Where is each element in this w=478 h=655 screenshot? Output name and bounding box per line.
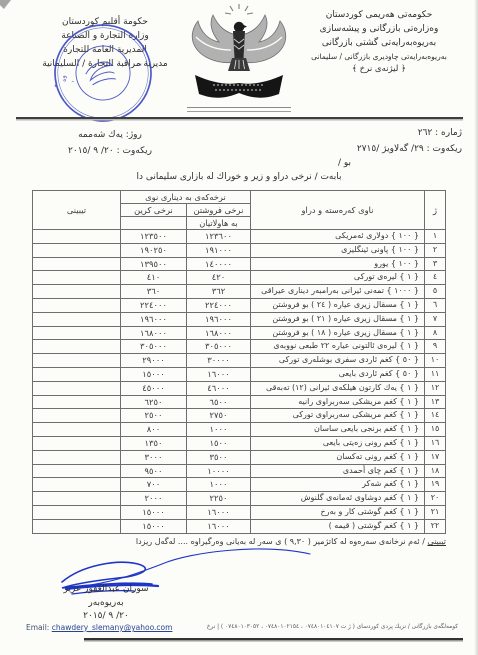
table-row: ٦{ ١ } مسقال زیری عیاره‌ ( ٢٤ ) بو فروشت… [33,298,446,312]
cell-note [33,436,121,450]
cell-sell: ١٩٦٠٠٠ [187,312,251,326]
cell-name: { ١ } كغم شه‌كر [251,478,425,492]
table-row: ٢١{ ١ } كغم گوشتی كار و به‌رخ١٦٠٠٠١٥٠٠٠ [33,505,446,519]
cell-note [33,230,121,244]
cell-name: { ١ } مسقال زیری عیاره‌ ( ٢١ ) بو فروشتن [251,312,425,326]
table-row: ١٣{ ١ } كغم مریشكی سه‌ربراوی رانیه‌٦٥٠٠٦… [33,395,446,409]
cell-name: { ١ } كغم برنجی بایعی ساسان [251,423,425,437]
cell-name: { ١ } كغم مریشكی سه‌ربراوی توركی [251,409,425,423]
cell-no: ١٦ [425,436,446,450]
cell-name: { ١ } كغم چای أحمدی [251,464,425,478]
col-header-price-group: نرخه‌كه‌ی به‌ دیناری نوی [121,191,251,204]
cell-note [33,409,121,423]
cell-sell: ١٠٠٠ [187,423,251,437]
cell-sell: ٤٦٠٠٠ [187,381,251,395]
cell-sell: ١٩١٠٠٠ [187,243,251,257]
cell-buy: ٤٥٠٠٠ [121,381,187,395]
svg-text:٭: ٭ [53,81,59,90]
cell-no: ٦ [425,298,446,312]
doc-date-gregorian: ریكه‌وت : ٢٠/ ٩ /٢٠١٥ [34,144,186,160]
col-header-buy-sub [121,217,187,230]
table-row: ١٤{ ١ } كغم مریشكی سه‌ربراوی توركی٢٧٥٠٢٥… [33,409,446,423]
cell-name: { ١ } مسقال زیری عیاره‌ ( ٢٤ ) بو فروشتن [251,298,425,312]
footer-contact-line: كومه‌لگه‌ی بازرگانی / نزیك پردی كوردسای … [207,624,458,630]
cell-note [33,519,121,533]
table-row: ١٦{ ١ } كغم رونی زه‌یتی بایعی١٥٠٠١٣٥٠ [33,436,446,450]
cell-no: ٩ [425,340,446,354]
cell-sell: ٣٠٠٠٠ [187,354,251,368]
cell-name: { ١٠٠٠ } تمه‌نی ئیرانی به‌رامبه‌ر دیناری… [251,285,425,299]
cell-name: { ١٠٠ } یورو [251,257,425,271]
to-line: بو / [338,158,351,168]
table-row: ١٠{ ٥٠ } كغم ئاردی سفری بوشله‌ری توركی٣٠… [33,354,446,368]
cell-buy: ٢٢٤٠٠٠ [121,298,187,312]
table-row: ٧{ ١ } مسقال زیری عیاره‌ ( ٢١ ) بو فروشت… [33,312,446,326]
table-row: ٤{ ١ } لیره‌ی توركی٤٢٠٤١٠ [33,271,446,285]
cell-buy: ١٥٠٠٠ [121,519,187,533]
col-header-sell: نرخی فروشتن [187,204,251,217]
meta-day-date: روژ: یه‌ك شه‌ممه ریكه‌وت : ٢٠/ ٩ /٢٠١٥ [34,128,186,160]
svg-text:٭: ٭ [137,60,143,69]
official-round-stamp: وه‌زاره‌تی بازرگانی و پیشه‌سازی به‌ریوه‌… [50,20,156,126]
table-row: ١٥{ ١ } كغم برنجی بایعی ساسان١٠٠٠٨٠٠ [33,423,446,437]
cell-name: { ١ } لیره‌ی ئالتونی عیاره‌ ٢٢ طبعی نووب… [251,340,425,354]
meta-number-date: ژماره : ٢٦٢ ریكه‌وت : ٢٩/ گه‌لاویژ /٢٧١٥ [276,126,462,158]
letterhead-line: وه‌زاره‌تی بازرگانی و پیشه‌سازی [288,23,470,37]
col-header-notes: تیبینی [33,191,121,230]
cell-note [33,423,121,437]
cell-buy: ٢٩٠٠٠ [121,354,187,368]
scan-artifact [0,0,11,9]
doc-date-kurdish: ریكه‌وت : ٢٩/ گه‌لاویژ /٢٧١٥ [276,142,462,158]
cell-sell: ١٠٠٠٠ [187,464,251,478]
cell-name: { ٥٠ } كغم ئاردی سفری بوشله‌ری توركی [251,354,425,368]
letterhead-line: به‌ریوه‌به‌رایه‌تی گشتی بازرگانی [288,37,470,51]
cell-note [33,478,121,492]
col-header-buy: نرخی كرین [121,204,187,217]
cell-name: { ٥٠ } كغم ئاردی بایعی [251,367,425,381]
table-row: ١٧{ ١ } كغم رونی ته‌كسان٣٥٠٠٣٠٠٠ [33,450,446,464]
cell-sell: ٦٥٠٠ [187,395,251,409]
col-header-no: ژ [425,191,446,230]
cell-note [33,450,121,464]
cell-no: ١١ [425,367,446,381]
cell-buy: ٨٠٠ [121,423,187,437]
cell-note [33,326,121,340]
page-edge-shade [474,0,478,655]
kurdistan-eagle-emblem-icon [183,2,295,106]
email-link[interactable]: chawdery_slemany@yahoo.com [52,623,173,632]
cell-note [33,367,121,381]
cell-note [33,354,121,368]
cell-sell: ١٦٨٠٠٠ [187,326,251,340]
cell-sell: ٣٠٥٠٠٠ [187,340,251,354]
cell-buy: ١٥٠٠٠ [121,367,187,381]
cell-no: ١ [425,230,446,244]
col-header-sell-sub: به‌ هاولاتیان [187,217,251,230]
cell-buy: ٣٦٠ [121,285,187,299]
table-row: ٨{ ١ } مسقال زیری عیاره‌ ( ١٨ ) بو فروشت… [33,326,446,340]
footnote-label: تیبینی [427,537,446,546]
cell-name: { ١ } كغم گوشتی كار و به‌رخ [251,505,425,519]
cell-buy: ١٣٩٥٠٠ [121,257,187,271]
doc-day: روژ: یه‌ك شه‌ممه [34,128,186,144]
cell-buy: ١٩٦٠٠٠ [121,312,187,326]
signatory-name: سوران عبدالغفور عزیز [30,583,182,597]
cell-no: ٢١ [425,505,446,519]
footnote-text: / ئه‌م نرخانه‌ی سه‌ره‌وه‌ له‌ كاتژمیر ( … [136,537,425,546]
table-row: ١٩{ ١ } كغم شه‌كر١٠٠٠٧٠٠ [33,478,446,492]
cell-name: { ١ } كغم رونی زه‌یتی بایعی [251,436,425,450]
cell-note [33,492,121,506]
cell-no: ١٥ [425,423,446,437]
letterhead-line: به‌ریوه‌به‌رایه‌تی چاودیری بازرگانی / سل… [288,51,470,63]
cell-name: { ١٠٠ } پاونی ئینگلیزی [251,243,425,257]
signature-date: ٢٠/ ٩ /٢٠١٥ [30,610,182,624]
table-row: ٩{ ١ } لیره‌ی ئالتونی عیاره‌ ٢٢ طبعی نوو… [33,340,446,354]
cell-sell: ٢٧٥٠ [187,409,251,423]
table-row: ٥{ ١٠٠٠ } تمه‌نی ئیرانی به‌رامبه‌ر دینار… [33,285,446,299]
table-row: ٣{ ١٠٠ } یورو١٤٠٠٠٠١٣٩٥٠٠ [33,257,446,271]
cell-note [33,285,121,299]
price-table-header: ژ ناوی كه‌ره‌سته‌ و دراو نرخه‌كه‌ی به‌ د… [33,191,446,230]
emblem-underline [187,107,291,112]
cell-name: { ١ } كغم رونی ته‌كسان [251,450,425,464]
cell-sell: ١٥٠٠ [187,436,251,450]
cell-name: { ١ } كغم گوشتی ( قیمه‌ ) [251,519,425,533]
cell-name: { ١ } كغم مریشكی سه‌ربراوی رانیه‌ [251,395,425,409]
scanned-price-list-document: حكومه‌تی هه‌ریمی كوردستانوه‌زاره‌تی بازر… [0,0,478,655]
cell-note [33,257,121,271]
cell-note [33,505,121,519]
cell-sell: ٣٥٠٠ [187,450,251,464]
cell-note [33,298,121,312]
cell-buy: ٣٠٠٠ [121,450,187,464]
cell-no: ٢٢ [425,519,446,533]
doc-number: ژماره : ٢٦٢ [276,126,462,142]
cell-no: ٢٠ [425,492,446,506]
cell-no: ٣ [425,257,446,271]
letterhead-kurdish: حكومه‌تی هه‌ریمی كوردستانوه‌زاره‌تی بازر… [288,9,470,77]
cell-sell: ٢٢٥٠ [187,492,251,506]
subject-line: بابه‌ت / نرخی دراو و زیر و خوراك له‌ باز… [0,172,478,182]
cell-no: ٤ [425,271,446,285]
cell-buy: ٦٢٥٠ [121,395,187,409]
cell-buy: ١٣٥٠ [121,436,187,450]
table-row: ٢{ ١٠٠ } پاونی ئینگلیزی١٩١٠٠٠١٩٠٢٥٠ [33,243,446,257]
cell-sell: ٤٢٠ [187,271,251,285]
cell-buy: ٧٠٠ [121,478,187,492]
cell-name: { ١ } لیره‌ی توركی [251,271,425,285]
cell-note [33,395,121,409]
svg-text:وه‌زاره‌تی بازرگانی و پیشه‌ساز: وه‌زاره‌تی بازرگانی و پیشه‌سازی [39,24,69,86]
table-row: ٢٠{ ١ } كغم دوشاوی ئه‌مانه‌ی گلنوش٢٢٥٠٢٠… [33,492,446,506]
cell-sell: ١٦٠٠٠ [187,367,251,381]
sun-rays [225,4,253,14]
cell-no: ١٠ [425,354,446,368]
email-line: Email: chawdery_slemany@yahoo.com [26,623,172,632]
cell-note [33,381,121,395]
cell-no: ١٣ [425,395,446,409]
cell-buy: ٢٥٠٠ [121,409,187,423]
cell-buy: ٩٥٠٠ [121,464,187,478]
cell-no: ١٧ [425,450,446,464]
letterhead-line: ﴿ لیژنه‌ی نرخ ﴾ [288,63,470,76]
cell-no: ٥ [425,285,446,299]
signatory-title: به‌ریوه‌به‌ر [30,597,182,611]
cell-buy: ١٥٠٠٠ [121,505,187,519]
price-table: ژ ناوی كه‌ره‌سته‌ و دراو نرخه‌كه‌ی به‌ د… [33,190,446,534]
footer-separator-rule [84,638,463,640]
cell-buy: ٣٠٥٠٠٠ [121,340,187,354]
cell-name: { ١ } مسقال زیری عیاره‌ ( ١٨ ) بو فروشتن [251,326,425,340]
cell-note [33,312,121,326]
cell-no: ١٩ [425,478,446,492]
cell-sell: ١٢٣٦٠٠ [187,230,251,244]
cell-no: ٢ [425,243,446,257]
cell-sell: ١٤٠٠٠٠ [187,257,251,271]
cell-no: ٧ [425,312,446,326]
table-row: ١{ ١٠٠ } دولاری ئه‌مریكی١٢٣٦٠٠١٢٣٥٠٠ [33,230,446,244]
stamp-arc-top-text: وه‌زاره‌تی بازرگانی و پیشه‌سازی [39,24,69,86]
cell-sell: ١٠٠٠ [187,478,251,492]
cell-name: { ١ } یه‌ك كارتون هیلكه‌ی ئیرانی (١٢) ته… [251,381,425,395]
table-row: ٢٢{ ١ } كغم گوشتی ( قیمه‌ )١٦٠٠٠١٥٠٠٠ [33,519,446,533]
cell-note [33,271,121,285]
cell-note [33,464,121,478]
cell-note [33,243,121,257]
cell-sell: ١٦٠٠٠ [187,519,251,533]
cell-note [33,340,121,354]
cell-no: ١٨ [425,464,446,478]
cell-sell: ٣٦٢ [187,285,251,299]
price-table-body: ١{ ١٠٠ } دولاری ئه‌مریكی١٢٣٦٠٠١٢٣٥٠٠٢{ ١… [33,230,446,534]
header-separator-rule [16,117,463,119]
cell-sell: ٢٢٤٠٠٠ [187,298,251,312]
cell-buy: ١٦٨٠٠٠ [121,326,187,340]
letterhead-line: حكومه‌تی هه‌ریمی كوردستان [288,9,470,23]
cell-no: ٨ [425,326,446,340]
signature-block: سوران عبدالغفور عزیز به‌ریوه‌به‌ر ٢٠/ ٩ … [30,583,182,624]
cell-name: { ١ } كغم دوشاوی ئه‌مانه‌ی گلنوش [251,492,425,506]
table-row: ١٢{ ١ } یه‌ك كارتون هیلكه‌ی ئیرانی (١٢) … [33,381,446,395]
cell-buy: ١٢٣٥٠٠ [121,230,187,244]
cell-sell: ١٦٠٠٠ [187,505,251,519]
table-row: ١١{ ٥٠ } كغم ئاردی بایعی١٦٠٠٠١٥٠٠٠ [33,367,446,381]
cell-buy: ١٩٠٢٥٠ [121,243,187,257]
cell-no: ١٢ [425,381,446,395]
table-footnote: تیبینی / ئه‌م نرخانه‌ی سه‌ره‌وه‌ له‌ كات… [33,537,446,546]
cell-no: ١٤ [425,409,446,423]
table-row: ١٨{ ١ } كغم چای أحمدی١٠٠٠٠٩٥٠٠ [33,464,446,478]
cell-buy: ٢٠٠٠ [121,492,187,506]
email-label: Email: [26,623,49,632]
cell-name: { ١٠٠ } دولاری ئه‌مریكی [251,230,425,244]
col-header-name: ناوی كه‌ره‌سته‌ و دراو [251,191,425,230]
cell-buy: ٤١٠ [121,271,187,285]
